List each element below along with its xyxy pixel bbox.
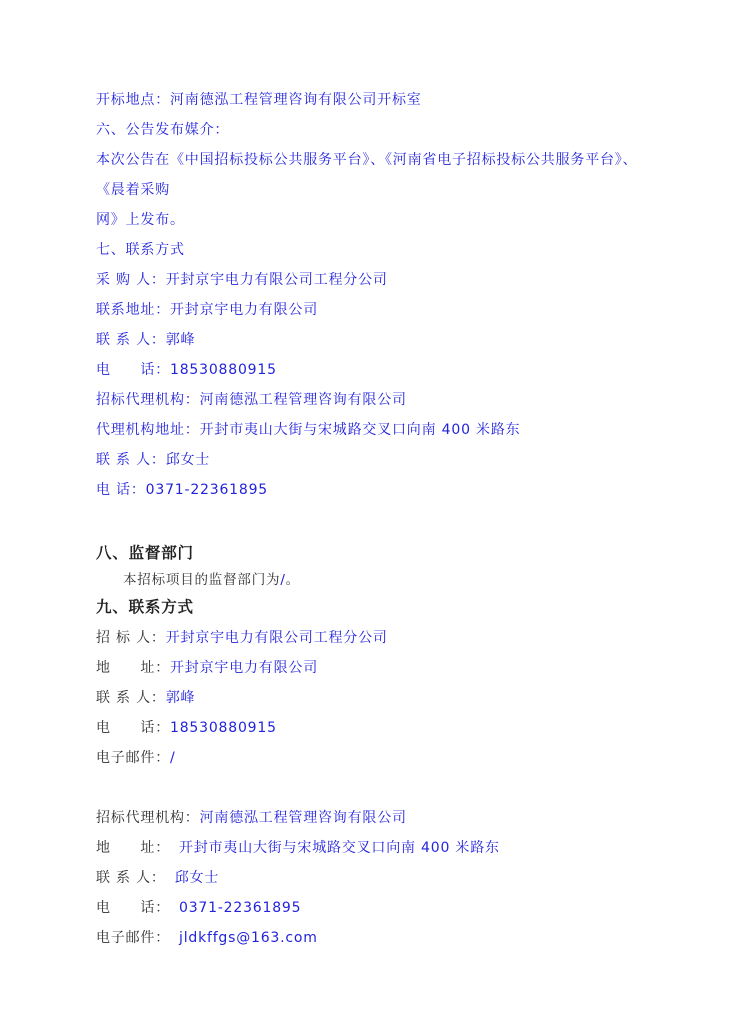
agency-row-contact-person: 联 系 人：邱女士 bbox=[96, 863, 650, 893]
tenderer-phone-value: 18530880915 bbox=[170, 720, 277, 736]
agency-phone-label: 电 话： bbox=[96, 900, 170, 916]
contact-address-line: 联系地址：开封京宇电力有限公司 bbox=[96, 295, 650, 325]
bid-opening-location-line: 开标地点：河南德泓工程管理咨询有限公司开标室 bbox=[96, 85, 650, 115]
contact-person-line: 联 系 人：郭峰 bbox=[96, 325, 650, 355]
section8-heading: 八、监督部门 bbox=[96, 539, 650, 567]
agency-address-value: 开封市夷山大街与宋城路交叉口向南 400 米路东 bbox=[170, 840, 500, 856]
agency-phone-line: 电 话：0371-22361895 bbox=[96, 475, 650, 505]
agency-row-email: 电子邮件：jldkffgs@163.com bbox=[96, 923, 650, 953]
tenderer-name-value: 开封京宇电力有限公司工程分公司 bbox=[166, 630, 388, 646]
agency-contact-person-value: 邱女士 bbox=[166, 870, 219, 886]
tenderer-contact-person-label: 联 系 人： bbox=[96, 690, 166, 706]
tenderer-email-value: / bbox=[170, 750, 176, 766]
section6-heading: 六、公告发布媒介： bbox=[96, 115, 650, 145]
tenderer-row-address: 地 址：开封京宇电力有限公司 bbox=[96, 653, 650, 683]
tenderer-row-phone: 电 话：18530880915 bbox=[96, 713, 650, 743]
supervision-statement-suffix: 。 bbox=[286, 572, 300, 588]
agency-contact-block: 招标代理机构：河南德泓工程管理咨询有限公司 地 址：开封市夷山大街与宋城路交叉口… bbox=[96, 803, 650, 953]
agency-contact-person-label: 联 系 人： bbox=[96, 870, 166, 886]
agency-row-phone: 电 话：0371-22361895 bbox=[96, 893, 650, 923]
supervision-statement-prefix: 本招标项目的监督部门为 bbox=[123, 572, 280, 588]
tenderer-row-contact-person: 联 系 人：郭峰 bbox=[96, 683, 650, 713]
agency-contact-person-line: 联 系 人：邱女士 bbox=[96, 445, 650, 475]
agency-address-label: 地 址： bbox=[96, 840, 170, 856]
agency-name-label: 招标代理机构： bbox=[96, 810, 200, 826]
agency-row-name: 招标代理机构：河南德泓工程管理咨询有限公司 bbox=[96, 803, 650, 833]
tenderer-row-email: 电子邮件：/ bbox=[96, 743, 650, 773]
announcement-media-line-2: 网》上发布。 bbox=[96, 205, 650, 235]
purchaser-line: 采 购 人：开封京宇电力有限公司工程分公司 bbox=[96, 265, 650, 295]
agency-phone-value: 0371-22361895 bbox=[170, 900, 301, 916]
document-body: { "colors": { "link_blue": "#2323dc", "t… bbox=[0, 0, 738, 1009]
agency-email-value: jldkffgs@163.com bbox=[170, 930, 318, 946]
supervision-statement: 本招标项目的监督部门为/。 bbox=[96, 567, 650, 593]
tenderer-contact-block: 招 标 人：开封京宇电力有限公司工程分公司 地 址：开封京宇电力有限公司 联 系… bbox=[96, 623, 650, 773]
tenderer-address-value: 开封京宇电力有限公司 bbox=[170, 660, 318, 676]
tenderer-address-label: 地 址： bbox=[96, 660, 170, 676]
section7-heading: 七、联系方式 bbox=[96, 235, 650, 265]
tenderer-phone-label: 电 话： bbox=[96, 720, 170, 736]
document-page: 开标地点：河南德泓工程管理咨询有限公司开标室 六、公告发布媒介： 本次公告在《中… bbox=[0, 0, 738, 1009]
section9-heading: 九、联系方式 bbox=[96, 593, 650, 621]
announcement-media-line-1: 本次公告在《中国招标投标公共服务平台》、《河南省电子招标投标公共服务平台》、《晨… bbox=[96, 145, 650, 205]
tenderer-name-label: 招 标 人： bbox=[96, 630, 166, 646]
agency-row-address: 地 址：开封市夷山大街与宋城路交叉口向南 400 米路东 bbox=[96, 833, 650, 863]
phone-line: 电 话：18530880915 bbox=[96, 355, 650, 385]
tenderer-contact-person-value: 郭峰 bbox=[166, 690, 196, 706]
agency-name-line: 招标代理机构：河南德泓工程管理咨询有限公司 bbox=[96, 385, 650, 415]
tenderer-email-label: 电子邮件： bbox=[96, 750, 170, 766]
agency-name-value: 河南德泓工程管理咨询有限公司 bbox=[200, 810, 407, 826]
agency-address-line: 代理机构地址：开封市夷山大街与宋城路交叉口向南 400 米路东 bbox=[96, 415, 650, 445]
tenderer-row-name: 招 标 人：开封京宇电力有限公司工程分公司 bbox=[96, 623, 650, 653]
agency-email-label: 电子邮件： bbox=[96, 930, 170, 946]
